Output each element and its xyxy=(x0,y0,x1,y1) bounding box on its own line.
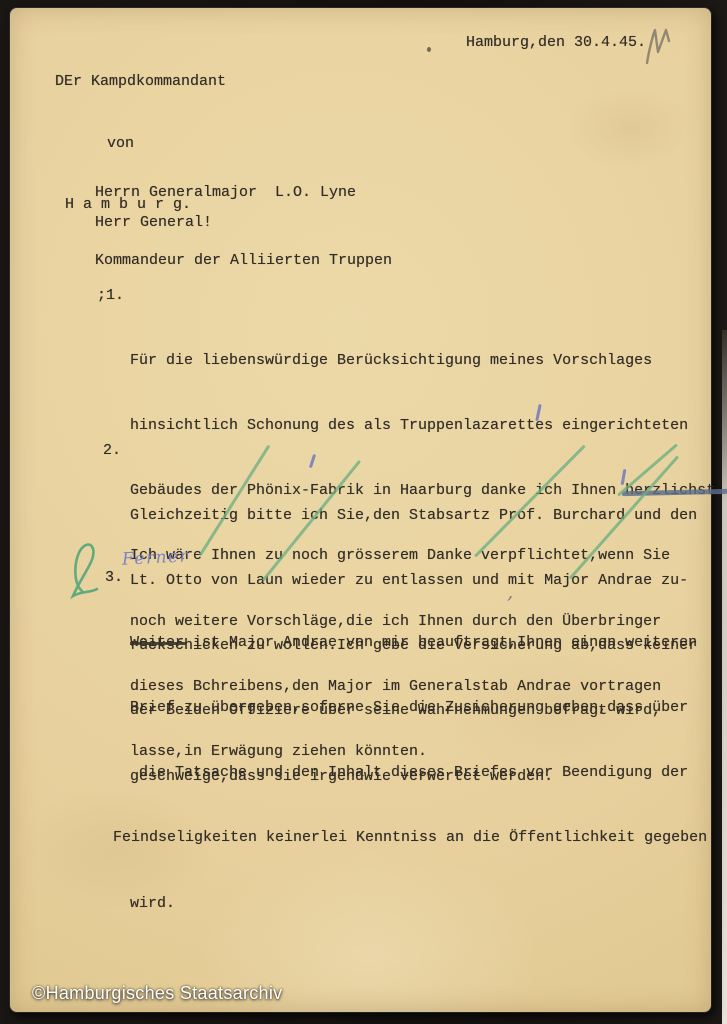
pencil-dot xyxy=(427,47,431,52)
paragraph-1-number: ;1. xyxy=(97,285,124,307)
archive-credit: ©Hamburgisches Staatsarchiv xyxy=(32,983,282,1004)
ink-struck-word: Weiter xyxy=(130,632,184,654)
letterhead-line-1: DEr Kampdkommandant xyxy=(55,72,226,93)
paragraph-3-line: Feindseligkeiten keinerlei Kenntniss an … xyxy=(113,827,707,849)
scanned-letter-photo: DEr Kampdkommandant von H a m b u r g. H… xyxy=(0,0,727,1024)
recipient-line-2: Kommandeur der Alliierten Truppen xyxy=(95,250,392,273)
recipient-line-1: Herrn Generalmajor L.O. Lyne xyxy=(95,182,392,205)
paragraph-3: 3. Weiter ist Major Andrae von mir beauf… xyxy=(130,567,707,958)
handwritten-comma: , xyxy=(507,579,513,603)
paragraph-2-number: 2. xyxy=(103,440,121,462)
letter-page: DEr Kampdkommandant von H a m b u r g. H… xyxy=(10,8,711,1012)
paragraph-3-line: Weiter ist Major Andrae von mir beauftra… xyxy=(130,632,707,654)
handwritten-ferner: Ferner xyxy=(122,546,190,569)
paragraph-2-line: Gleichzeitig bitte ich Sie,den Stabsartz… xyxy=(130,505,697,527)
paragraph-1-line: hinsichtlich Schonung des als Truppenlaz… xyxy=(130,415,724,437)
line-text: ist Major Andrae von mir beauftragt,Ihne… xyxy=(184,634,697,651)
pencil-mark-icon xyxy=(643,26,673,68)
paragraph-1-line: Für die liebenswürdige Berücksichtigung … xyxy=(130,350,724,372)
paragraph-3-line: die Tatsache und den Inhalt dieses Brief… xyxy=(139,762,707,784)
paragraph-3-line: wird. xyxy=(130,893,707,915)
handwritten-renumber-2 xyxy=(66,541,108,603)
dateline: Hamburg,den 30.4.45. xyxy=(466,34,646,51)
salutation: Herr General! xyxy=(95,214,212,231)
paragraph-3-line: Brief zu übergeben,soferne Sie die Zusic… xyxy=(130,697,707,719)
